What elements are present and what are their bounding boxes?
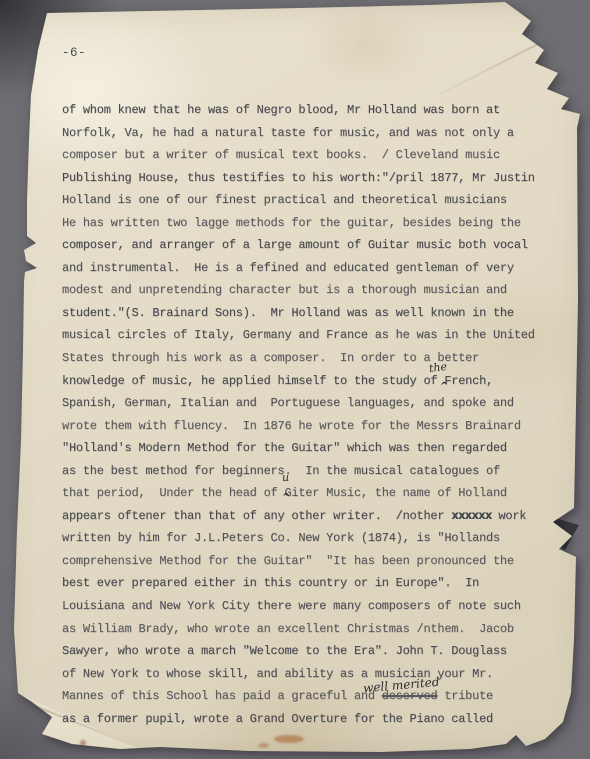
typed-line: Louisiana and New York City there were m… — [62, 595, 562, 618]
photo-background: -6- of whom knew that he was of Negro bl… — [0, 0, 590, 759]
page-number: -6- — [62, 46, 86, 60]
caret-mark: ^ — [440, 381, 448, 392]
typed-line: Mannes of this School has paid a gracefu… — [62, 685, 562, 708]
typed-line: of whom knew that he was of Negro blood,… — [62, 99, 562, 122]
typed-line: best ever prepared either in this countr… — [62, 572, 562, 595]
typed-line: student."(S. Brainard Sons). Mr Holland … — [62, 302, 562, 325]
typed-line: States through his work as a composer. I… — [62, 347, 562, 370]
typed-segment: appears oftener than that of any other w… — [62, 509, 451, 523]
typed-line: and instrumental. He is a fefined and ed… — [62, 257, 562, 280]
typed-line: modest and unpretending character but is… — [62, 279, 562, 302]
typed-text: of whom knew that he was of Negro blood,… — [62, 99, 562, 730]
typed-line: comprehensive Method for the Guitar" "It… — [62, 550, 562, 573]
typed-line: Spanish, German, Italian and Portuguese … — [62, 392, 562, 415]
typed-line: appears oftener than that of any other w… — [62, 505, 562, 528]
typed-line: that period, Under the head of Giter Mus… — [62, 482, 562, 505]
typed-segment: Mannes of this School has paid a gracefu… — [62, 689, 382, 703]
typed-line: knowledge of music, he applied himself t… — [62, 370, 562, 393]
typed-line: as a former pupil, wrote a Grand Overtur… — [62, 708, 562, 731]
paper-stain — [80, 740, 86, 746]
typed-line: Publishing House, thus testifies to his … — [62, 167, 562, 190]
document-page: -6- of whom knew that he was of Negro bl… — [0, 0, 590, 759]
paper-stain — [274, 735, 304, 743]
typed-line: Norfolk, Va, he had a natural taste for … — [62, 122, 562, 145]
paper-shadow-wrap: -6- of whom knew that he was of Negro bl… — [0, 0, 590, 759]
typed-line: Holland is one of our finest practical a… — [62, 189, 562, 212]
typed-segment: work — [491, 509, 526, 523]
caret-mark: ^ — [282, 492, 290, 503]
inserted-word-the: the — [428, 360, 447, 375]
typed-line: wrote them with fluency. In 1876 he wrot… — [62, 415, 562, 438]
inserted-letter-u: u — [282, 471, 290, 484]
typed-line: musical circles of Italy, Germany and Fr… — [62, 324, 562, 347]
typed-line: composer but a writer of musical text bo… — [62, 144, 562, 167]
typed-line: as William Brady, who wrote an excellent… — [62, 618, 562, 641]
typed-line: He has written two lagge methods for the… — [62, 212, 562, 235]
typed-line: as the best method for beginners. In the… — [62, 460, 562, 483]
typed-line: Sawyer, who wrote a march "Welcome to th… — [62, 640, 562, 663]
typed-segment: tribute — [437, 689, 493, 703]
paper-stain — [258, 743, 269, 748]
typed-line: written by him for J.L.Peters Co. New Yo… — [62, 527, 562, 550]
typed-line: composer, and arranger of a large amount… — [62, 234, 562, 257]
typed-line: "Holland's Modern Method for the Guitar"… — [62, 437, 562, 460]
typed-line: of New York to whose skill, and ability … — [62, 663, 562, 686]
typed-correction: xxxxxx — [451, 509, 491, 523]
